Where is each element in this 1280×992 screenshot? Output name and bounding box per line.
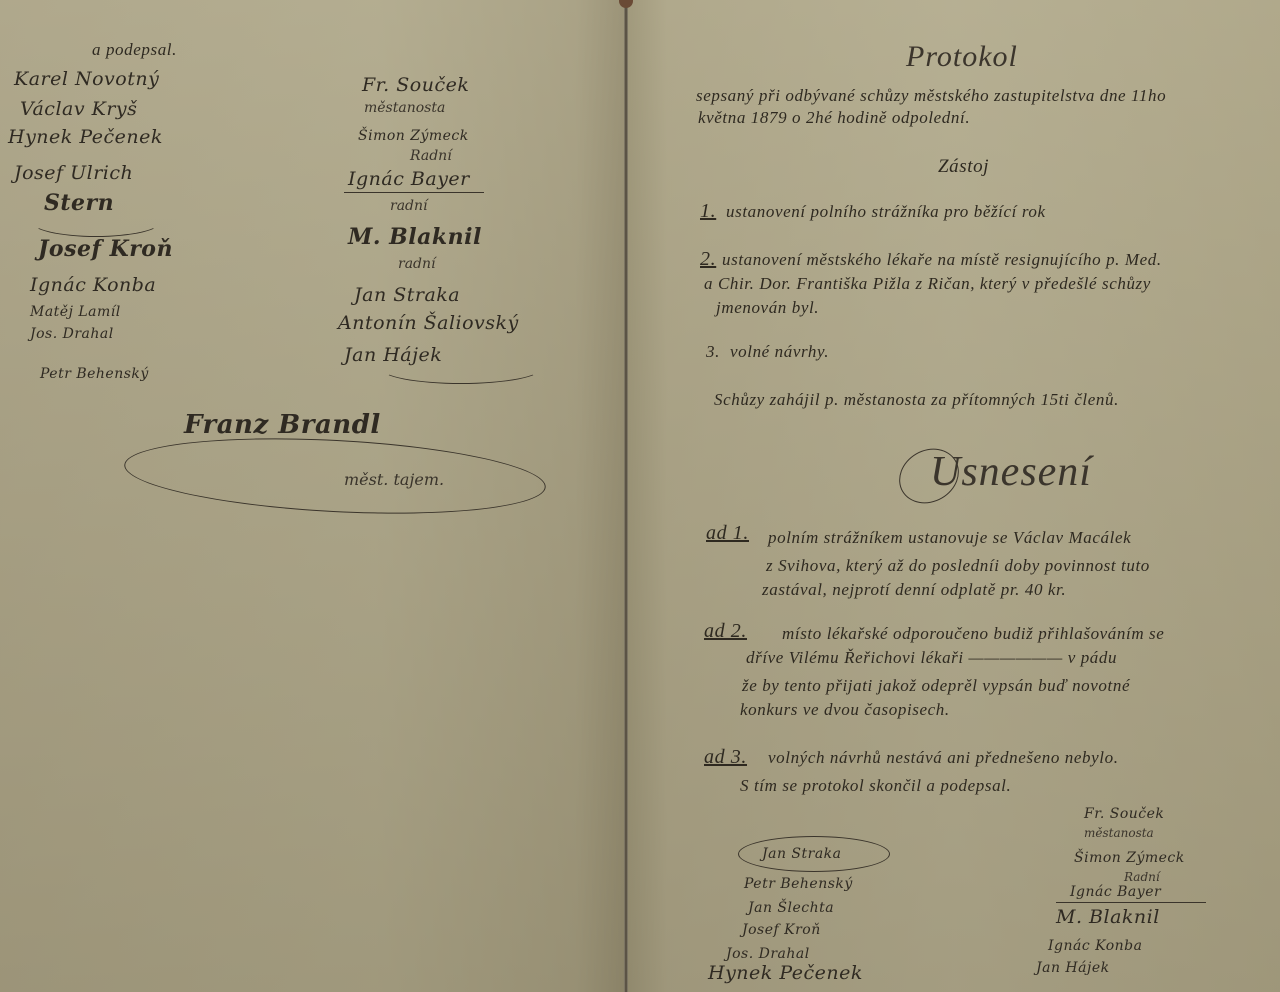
secretary-role: měst. tajem. (344, 470, 444, 489)
signature: Šimon Zýmeck (358, 128, 469, 144)
signature: Ignác Konba (30, 274, 156, 296)
agenda-number: 3. (706, 342, 720, 362)
signatory-role: městanosta (364, 100, 445, 116)
signature-flourish (738, 836, 890, 872)
signature-underline (344, 192, 484, 193)
resolution-2-line: konkurs ve dvou časopisech. (740, 700, 950, 720)
signature: Petr Behenský (744, 876, 853, 892)
left-opening-text: a podepsal. (92, 40, 177, 60)
signatory-role: městanosta (1084, 826, 1154, 840)
agenda-item-1: ustanovení polního strážníka pro běžící … (726, 202, 1046, 222)
signature: M. Blaknil (1056, 906, 1160, 928)
agenda-item-2-line: a Chir. Dor. Františka Pižla z Ričan, kt… (704, 274, 1151, 294)
signature: Šimon Zýmeck (1074, 850, 1185, 866)
signatory-role: Radní (1124, 870, 1160, 884)
signatory-role: radní (398, 256, 436, 272)
signature: Josef Kroň (38, 236, 173, 262)
intro-line-1: sepsaný při odbývané schůzy městského za… (696, 86, 1166, 106)
signature: Petr Behenský (40, 366, 149, 382)
resolution-label: ad 2. (704, 620, 747, 643)
closing-statement: S tím se protokol skončil a podepsal. (740, 776, 1011, 796)
signature: Josef Kroň (742, 922, 821, 938)
signatory-role: radní (390, 198, 428, 214)
signature: Jos. Drahal (30, 326, 114, 342)
signature-flourish (380, 352, 542, 384)
signature: Jan Straka (354, 284, 460, 306)
agenda-heading: Zástoj (938, 156, 989, 178)
signature: Karel Novotný (14, 68, 159, 90)
resolution-label: ad 3. (704, 746, 747, 769)
signature-flourish (30, 205, 162, 237)
signature: Václav Kryš (20, 98, 137, 120)
signature: Antonín Šaliovský (338, 312, 519, 334)
signature: Jos. Drahal (726, 946, 810, 962)
signatory-role: Radní (410, 148, 452, 164)
resolution-2-line: místo lékařské odporoučeno budiž přihlaš… (782, 624, 1164, 644)
signature: Hynek Pečenek (8, 126, 163, 148)
signature: Fr. Souček (1084, 806, 1164, 822)
signature: Matěj Lamíl (30, 304, 121, 320)
agenda-number: 2. (700, 248, 716, 271)
resolution-1-line: z Svihova, který až do posledníi doby po… (766, 556, 1150, 576)
agenda-item-3: volné návrhy. (730, 342, 829, 362)
resolution-3-line: volných návrhů nestává ani přednešeno ne… (768, 748, 1119, 768)
agenda-number: 1. (700, 200, 716, 223)
signature-underline (1056, 902, 1206, 903)
opening-statement: Schůzy zahájil p. městanosta za přítomný… (714, 390, 1119, 410)
signature: Hynek Pečenek (708, 962, 863, 984)
document-title: Protokol (906, 40, 1018, 74)
book-gutter (624, 0, 628, 992)
signature: Ignác Bayer (348, 168, 470, 190)
signature: Jan Hájek (1036, 960, 1110, 976)
intro-line-2: května 1879 o 2hé hodině odpolední. (698, 108, 970, 128)
signature: Fr. Souček (362, 74, 469, 96)
signature: M. Blaknil (348, 224, 482, 250)
book-spread: a podepsal. Karel Novotný Václav Kryš Hy… (0, 0, 1280, 992)
resolution-1-line: polním strážníkem ustanovuje se Václav M… (768, 528, 1131, 548)
signature: Josef Ulrich (14, 162, 133, 184)
agenda-item-2-line: jmenován byl. (716, 298, 819, 318)
secretary-signature: Franz Brandl (184, 410, 381, 440)
signature: Ignác Konba (1048, 938, 1142, 954)
signature: Jan Šlechta (748, 900, 834, 916)
signature: Ignác Bayer (1070, 884, 1161, 900)
right-page (628, 0, 1280, 992)
resolution-2-line: dříve Vilému Řeřichovi lékaři —————— v p… (746, 648, 1117, 668)
resolution-1-line: zastával, nejprotí denní odplatě pr. 40 … (762, 580, 1066, 600)
resolution-2-line: že by tento přijati jakož odeprěl vypsán… (742, 676, 1130, 696)
agenda-item-2-line: ustanovení městského lékaře na místě res… (722, 250, 1162, 270)
resolution-label: ad 1. (706, 522, 749, 545)
